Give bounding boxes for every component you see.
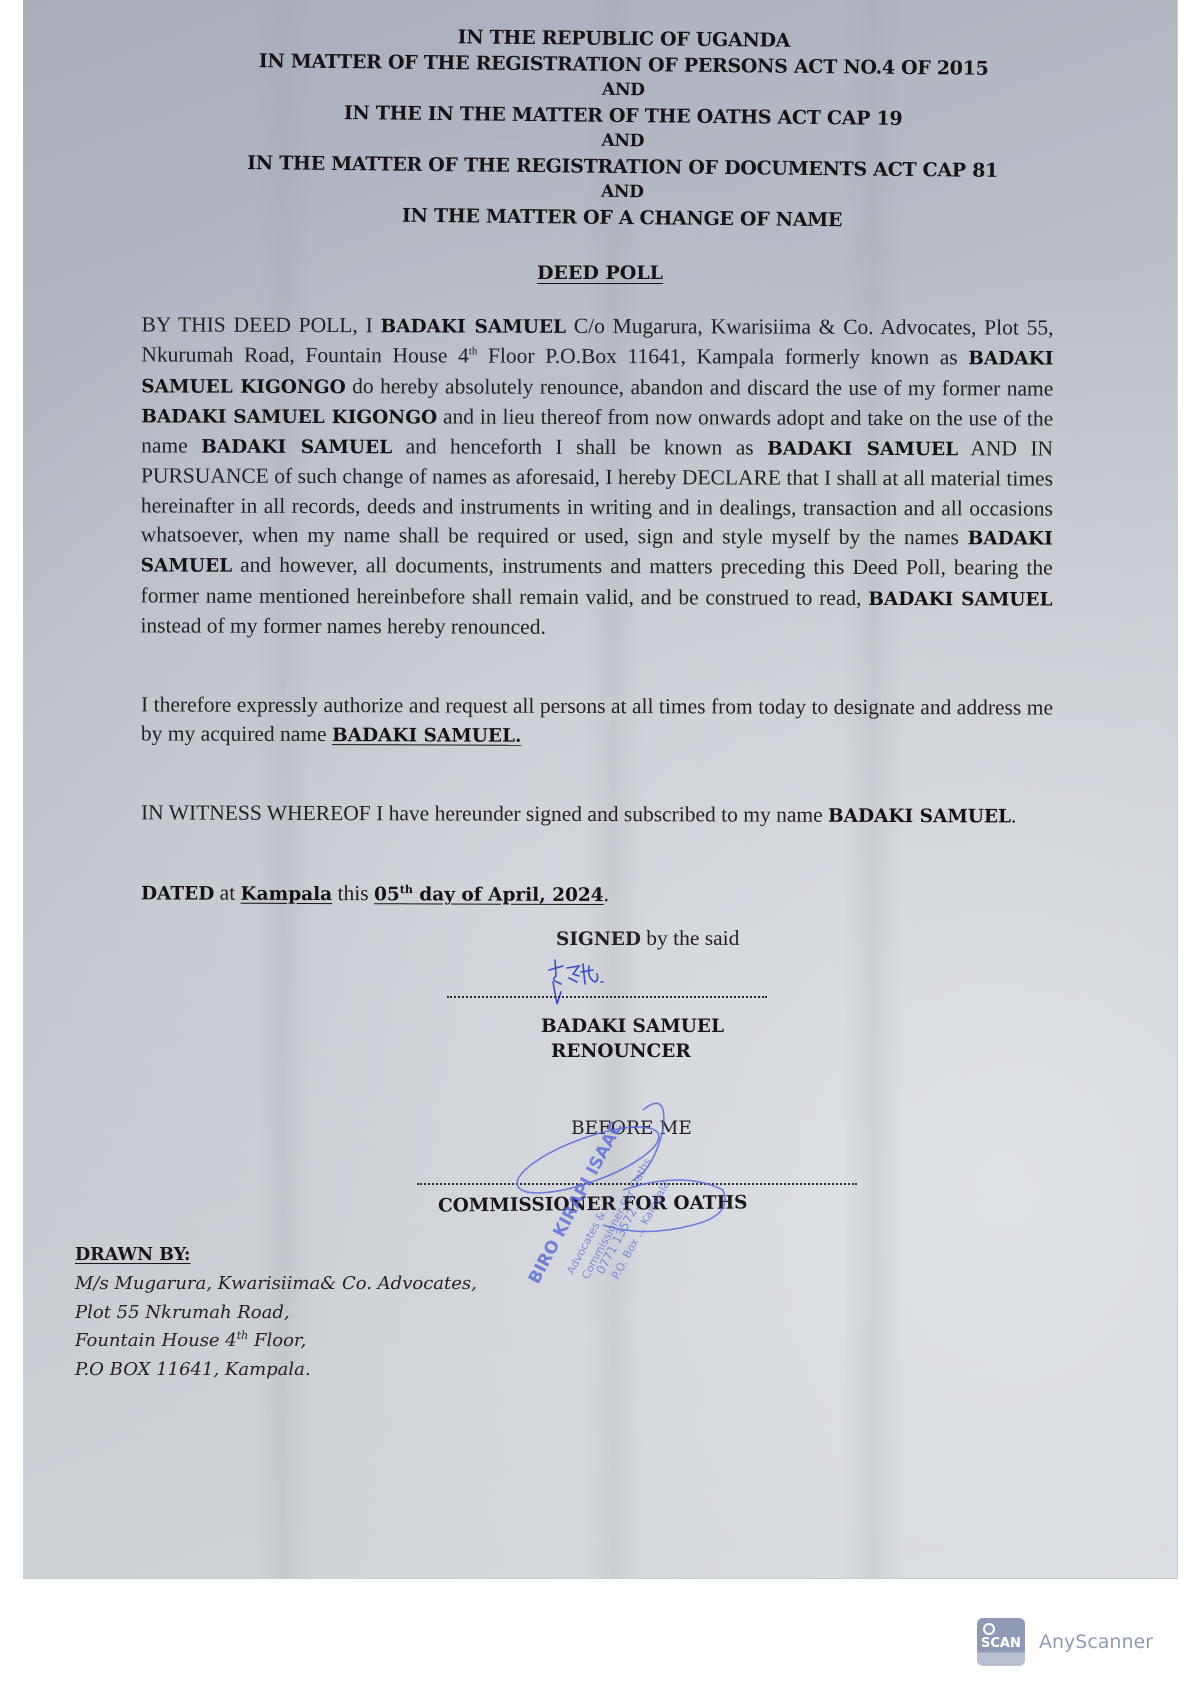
watermark-label: AnyScanner	[1039, 1631, 1153, 1653]
text: IN WITNESS WHEREOF I have hereunder sign…	[141, 800, 828, 826]
signed-label: SIGNED	[556, 929, 641, 950]
commissioner-stamp-icon: BIRO KIRAPI ISAAC Advocates & ... Commis…	[493, 1060, 753, 1300]
address-line: Fountain House 4th Floor,	[75, 1327, 477, 1356]
text: do hereby absolutely renounce, abandon a…	[346, 374, 1054, 400]
signatory-role: RENOUNCER	[551, 1041, 691, 1062]
text: instead of my former names hereby renoun…	[140, 613, 545, 638]
text: I therefore expressly authorize and requ…	[141, 692, 1053, 746]
handwritten-signature-icon	[541, 952, 631, 1008]
date-day: 05	[374, 884, 400, 905]
date-value: 05th day of April, 2024	[374, 884, 604, 906]
address-line: P.O BOX 11641, Kampala.	[75, 1356, 477, 1385]
witness-paragraph: IN WITNESS WHEREOF I have hereunder sign…	[141, 798, 1053, 831]
ordinal-suffix: th	[400, 883, 413, 896]
stamp-line: Commissioner For Oaths	[579, 1156, 654, 1282]
dated-line: DATED at Kampala this 05th day of April,…	[141, 878, 1053, 911]
authorization-paragraph: I therefore expressly authorize and requ…	[141, 690, 1053, 753]
new-name: BADAKI SAMUEL	[381, 316, 566, 338]
former-name: BADAKI SAMUEL KIGONGO	[141, 406, 437, 428]
scanner-logo-icon: SCAN	[977, 1618, 1025, 1666]
signatory-name: BADAKI SAMUEL	[541, 1012, 724, 1041]
before-me-label: BEFORE ME	[571, 1118, 692, 1139]
address-line: M/s Mugarura, Kwarisiima& Co. Advocates,	[75, 1270, 477, 1299]
new-name: BADAKI SAMUEL	[767, 439, 958, 461]
text: Floor P.O.Box 11641, Kampala formerly kn…	[477, 344, 968, 370]
logo-text: SCAN	[981, 1636, 1021, 1651]
dated-label: DATED	[141, 883, 214, 904]
date-place: Kampala	[241, 884, 333, 905]
text: at	[214, 881, 240, 905]
text: and henceforth I shall be known as	[392, 434, 767, 459]
drawn-by-label: DRAWN BY:	[75, 1245, 190, 1265]
date-rest: day of April, 2024	[413, 884, 604, 906]
ordinal-suffix: th	[469, 346, 478, 358]
text: BY THIS DEED POLL, I	[141, 312, 380, 337]
document-heading: IN THE REPUBLIC OF UGANDA IN MATTER OF T…	[182, 21, 1064, 235]
new-name: BADAKI SAMUEL	[201, 437, 392, 459]
scanned-page-photo: IN THE REPUBLIC OF UGANDA IN MATTER OF T…	[23, 0, 1178, 1579]
deed-poll-document: IN THE REPUBLIC OF UGANDA IN MATTER OF T…	[23, 0, 1177, 1578]
signature-line	[447, 996, 767, 998]
renunciation-paragraph: BY THIS DEED POLL, I BADAKI SAMUEL C/o M…	[140, 310, 1053, 643]
text: .	[604, 882, 609, 906]
commissioner-signature-line	[417, 1183, 857, 1185]
address-line: Plot 55 Nkrumah Road,	[75, 1299, 477, 1328]
text: Floor,	[248, 1330, 306, 1351]
new-name: BADAKI SAMUEL	[828, 806, 1011, 828]
commissioner-label: COMMISSIONER FOR OATHS	[438, 1192, 748, 1216]
text: by the said	[641, 926, 740, 950]
signed-by-line: SIGNED by the said	[556, 926, 739, 951]
text: Fountain House 4	[75, 1330, 237, 1351]
anyscanner-watermark: SCAN AnyScanner	[977, 1618, 1153, 1666]
ordinal-suffix: th	[237, 1329, 249, 1342]
text: .	[1011, 803, 1016, 827]
new-name: BADAKI SAMUEL	[868, 589, 1052, 611]
lens-icon	[983, 1623, 995, 1635]
drawn-by-address: M/s Mugarura, Kwarisiima& Co. Advocates,…	[75, 1270, 477, 1384]
text: this	[332, 881, 374, 905]
acquired-name: BADAKI SAMUEL.	[332, 725, 522, 747]
document-title: DEED POLL	[23, 262, 1177, 284]
